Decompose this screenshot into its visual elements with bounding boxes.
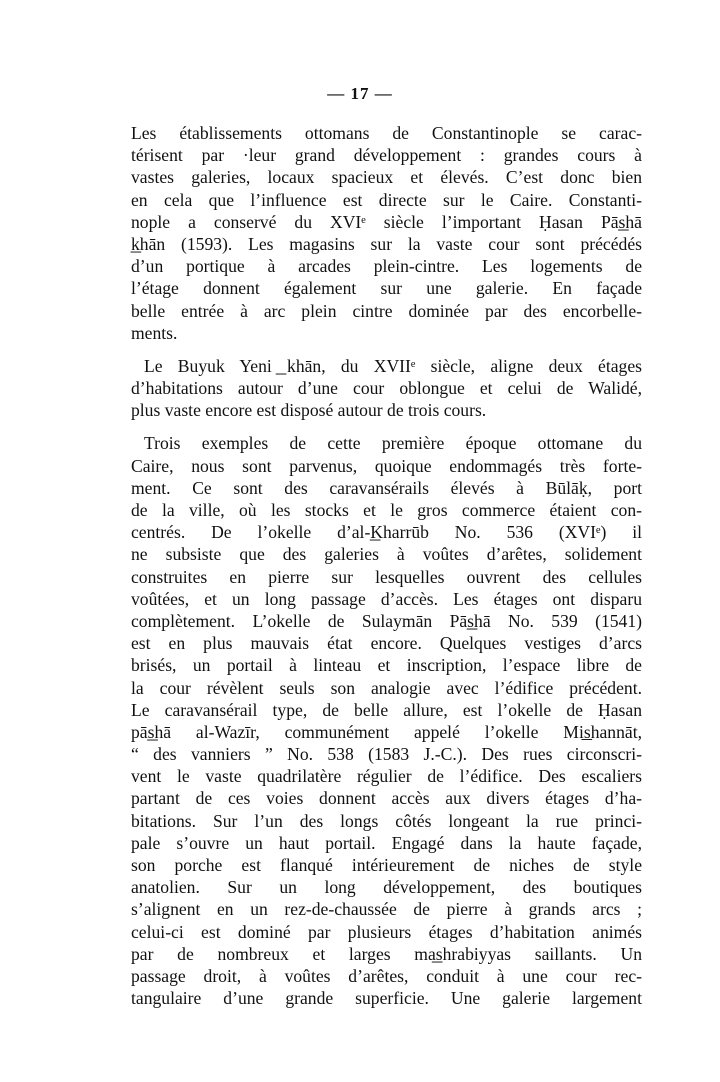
text-line: Les établissements ottomans de Constanti… — [131, 122, 642, 144]
text-line: partant de ces voies donnent accès aux d… — [131, 787, 642, 809]
paragraph-cairo-caravanserais: Trois exemples de cette première époque … — [131, 432, 642, 1009]
text-line: plus vaste encore est disposé autour de … — [131, 399, 642, 421]
text-line: d’un portique à arcades plein-cintre. Le… — [131, 255, 642, 277]
paragraph-ottoman-constantinople: Les établissements ottomans de Constanti… — [131, 122, 642, 344]
page-number: — 17 — — [0, 84, 720, 104]
text-line: Caire, nous sont parvenus, quoique endom… — [131, 455, 642, 477]
text-line: bitations. Sur l’un des longs côtés long… — [131, 810, 642, 832]
text-line: pale s’ouvre un haut portail. Engagé dan… — [131, 832, 642, 854]
text-line: anatolien. Sur un long développement, de… — [131, 876, 642, 898]
text-line: belle entrée à arc plein cintre dominée … — [131, 300, 642, 322]
paragraph-buyuk-yeni-khan: Le Buyuk Yeni ͟khān, du XVIIᵉ siècle, al… — [131, 355, 642, 422]
text-line: “ des vanniers ” No. 538 (1583 J.-C.). D… — [131, 743, 642, 765]
text-line: ment. Ce sont des caravansérails élevés … — [131, 477, 642, 499]
text-line: passage droit, à voûtes d’arêtes, condui… — [131, 965, 642, 987]
text-line: la cour révèlent seuls son analogie avec… — [131, 677, 642, 699]
text-line: l’étage donnent également sur une galeri… — [131, 277, 642, 299]
body-text: Les établissements ottomans de Constanti… — [131, 122, 642, 1020]
text-line: ments. — [131, 322, 642, 344]
text-line: Trois exemples de cette première époque … — [131, 432, 642, 454]
text-line: nople a conservé du XVIᵉ siècle l’import… — [131, 211, 642, 233]
text-line: ne subsiste que des galeries à voûtes d’… — [131, 543, 642, 565]
text-line: construites en pierre sur lesquelles ouv… — [131, 566, 642, 588]
text-line: en cela que l’influence est directe sur … — [131, 189, 642, 211]
text-line: vent le vaste quadrilatère régulier de l… — [131, 765, 642, 787]
text-line: vastes galeries, locaux spacieux et élev… — [131, 166, 642, 188]
text-line: voûtées, et un long passage d’accès. Les… — [131, 588, 642, 610]
text-line: tangulaire d’une grande superficie. Une … — [131, 987, 642, 1009]
text-line: centrés. De l’okelle d’al-͟Kharrūb No. 5… — [131, 521, 642, 543]
text-line: Le Buyuk Yeni ͟khān, du XVIIᵉ siècle, al… — [131, 355, 642, 377]
text-line: celui-ci est dominé par plusieurs étages… — [131, 921, 642, 943]
text-line: ͟khān (1593). Les magasins sur la vaste … — [131, 233, 642, 255]
text-line: pā͟shā al-Wazīr, communément appelé l’ok… — [131, 721, 642, 743]
document-page: — 17 — Les établissements ottomans de Co… — [0, 0, 720, 1082]
text-line: Le caravansérail type, de belle allure, … — [131, 699, 642, 721]
text-line: brisés, un portail à linteau et inscript… — [131, 654, 642, 676]
text-line: térisent par ·leur grand développement :… — [131, 144, 642, 166]
text-line: complètement. L’okelle de Sulaymān Pā͟sh… — [131, 610, 642, 632]
text-line: par de nombreux et larges ma͟shrabiyyas … — [131, 943, 642, 965]
text-line: de la ville, où les stocks et le gros co… — [131, 499, 642, 521]
text-line: est en plus mauvais état encore. Quelque… — [131, 632, 642, 654]
text-line: son porche est flanqué intérieurement de… — [131, 854, 642, 876]
text-line: s’alignent en un rez-de-chaussée de pier… — [131, 898, 642, 920]
text-line: d’habitations autour d’une cour oblongue… — [131, 377, 642, 399]
